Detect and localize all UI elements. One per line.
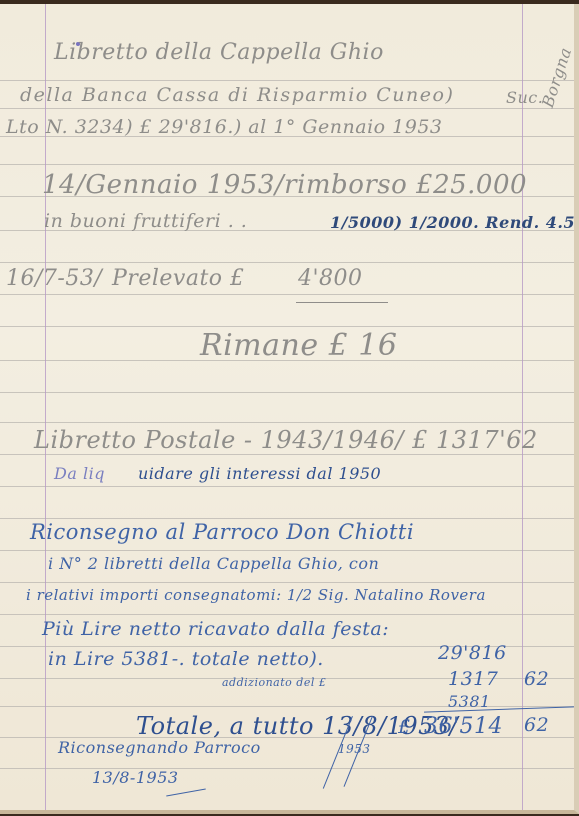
ruled-line bbox=[0, 392, 579, 393]
prelievo-amount: 4'800 bbox=[298, 266, 363, 291]
ruled-line bbox=[0, 164, 579, 165]
ruled-line bbox=[0, 422, 579, 423]
prelievo-date: 16/7-53/ bbox=[6, 266, 102, 291]
header-line-1: Libretto della Cappella Ghio bbox=[54, 40, 384, 65]
amount-underline bbox=[296, 302, 388, 303]
header-line-3: Lto N. 3234) £ 29'816.) al 1° Gennaio 19… bbox=[6, 116, 443, 138]
prelievo-remaining: Rimane £ 16 bbox=[200, 328, 397, 363]
margin-note-vertical: Borgna bbox=[538, 45, 575, 110]
rimborso-line-1: 14/Gennaio 1953/rimborso £25.000 bbox=[42, 170, 527, 200]
consegna-line-5: in Lire 5381-. totale netto). bbox=[48, 648, 324, 670]
postale-line-1: Libretto Postale - 1943/1946/ £ 1317'62 bbox=[34, 426, 538, 454]
total-item-3: 5381 bbox=[448, 692, 491, 711]
ruled-line bbox=[0, 326, 579, 327]
ruled-line bbox=[0, 294, 579, 295]
total-item-1: 29'816 bbox=[438, 642, 507, 664]
total-amount: 36'514 bbox=[424, 714, 503, 739]
signature-line-1: Riconsegnando Parroco bbox=[58, 738, 261, 757]
total-item-2-cents: 62 bbox=[524, 668, 549, 690]
header-line-2: della Banca Cassa di Risparmio Cuneo) bbox=[20, 84, 454, 106]
ruled-line bbox=[0, 614, 579, 615]
consegna-line-2: i N° 2 libretti della Cappella Ghio, con bbox=[48, 554, 379, 573]
postale-line-2: uidare gli interessi dal 1950 bbox=[138, 464, 381, 483]
consegna-line-3: i relativi importi consegnatomi: 1/2 Sig… bbox=[26, 586, 486, 604]
ledger-page: Libretto della Cappella Ghio della Banca… bbox=[0, 4, 579, 814]
consegna-line-4: Più Lire netto ricavato dalla festa: bbox=[42, 618, 389, 640]
signature-line-2: 13/8-1953 bbox=[92, 768, 179, 787]
postale-line-2-prefix: Da liq bbox=[54, 464, 105, 483]
ruled-line bbox=[0, 768, 579, 769]
rimborso-line-2-pencil: in buoni fruttiferi . . bbox=[44, 210, 247, 232]
ruled-line bbox=[0, 454, 579, 455]
total-sub-year: 1953 bbox=[338, 742, 371, 756]
ruled-line bbox=[0, 262, 579, 263]
ruled-line bbox=[0, 80, 579, 81]
total-item-2: 1317 bbox=[448, 668, 498, 690]
ruled-line bbox=[0, 582, 579, 583]
total-cents: 62 bbox=[524, 714, 549, 736]
right-margin-line bbox=[522, 4, 523, 810]
addition-note: addizionato del £ bbox=[222, 676, 326, 689]
total-currency: £ bbox=[398, 716, 411, 738]
prelievo-label: Prelevato £ bbox=[112, 266, 245, 291]
ruled-line bbox=[0, 486, 579, 487]
signature-underline bbox=[166, 789, 206, 797]
consegna-line-1: Riconsegno al Parroco Don Chiotti bbox=[30, 520, 414, 544]
ruled-line bbox=[0, 706, 579, 707]
rimborso-line-2-ink: 1/5000) 1/2000. Rend. 4.5% bbox=[330, 213, 579, 232]
ruled-line bbox=[0, 550, 579, 551]
ruled-line bbox=[0, 518, 579, 519]
ruled-line bbox=[0, 108, 579, 109]
